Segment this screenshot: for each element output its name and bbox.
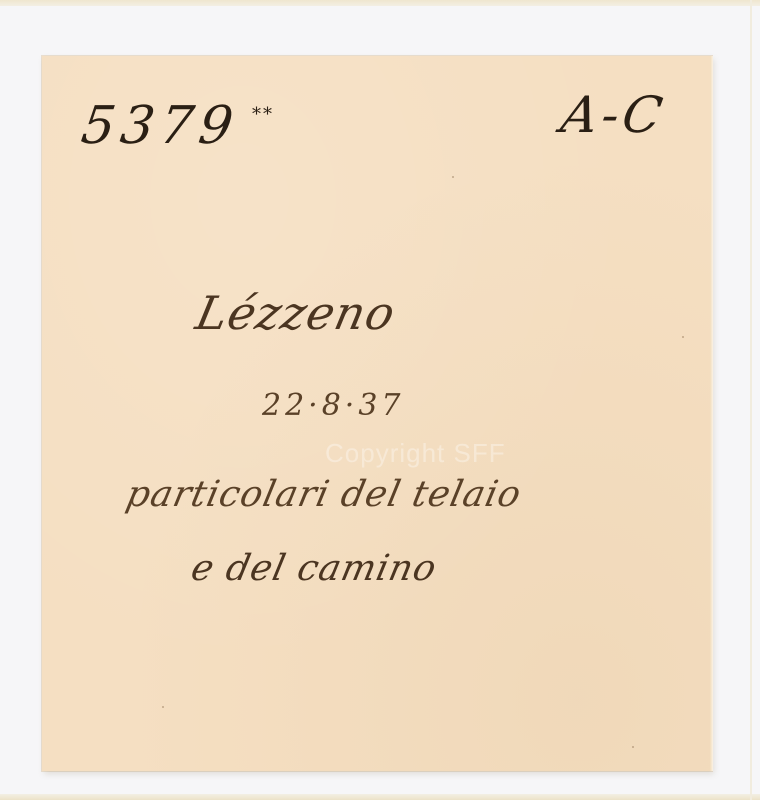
paper-note: 5379 ** A-C Lézzeno 22·8·37 particolari …	[42, 56, 712, 771]
description-line-1: particolari del telaio	[123, 474, 526, 515]
mount-top-edge	[0, 0, 760, 6]
paper-speck	[162, 706, 164, 708]
collection-code: A-C	[557, 86, 670, 144]
mount-bottom-edge	[0, 794, 760, 800]
date: 22·8·37	[262, 388, 405, 423]
paper-speck	[452, 176, 454, 178]
paper-edge	[710, 56, 713, 771]
description-line-2: e del camino	[188, 548, 441, 589]
paper-speck	[632, 746, 634, 748]
catalog-star-marks: **	[252, 104, 274, 125]
catalog-number: 5379	[78, 96, 243, 156]
copyright-watermark: Copyright SFF	[325, 438, 506, 469]
place-name: Lézzeno	[191, 286, 400, 340]
paper-speck	[682, 336, 684, 338]
mount-right-edge	[750, 0, 752, 800]
